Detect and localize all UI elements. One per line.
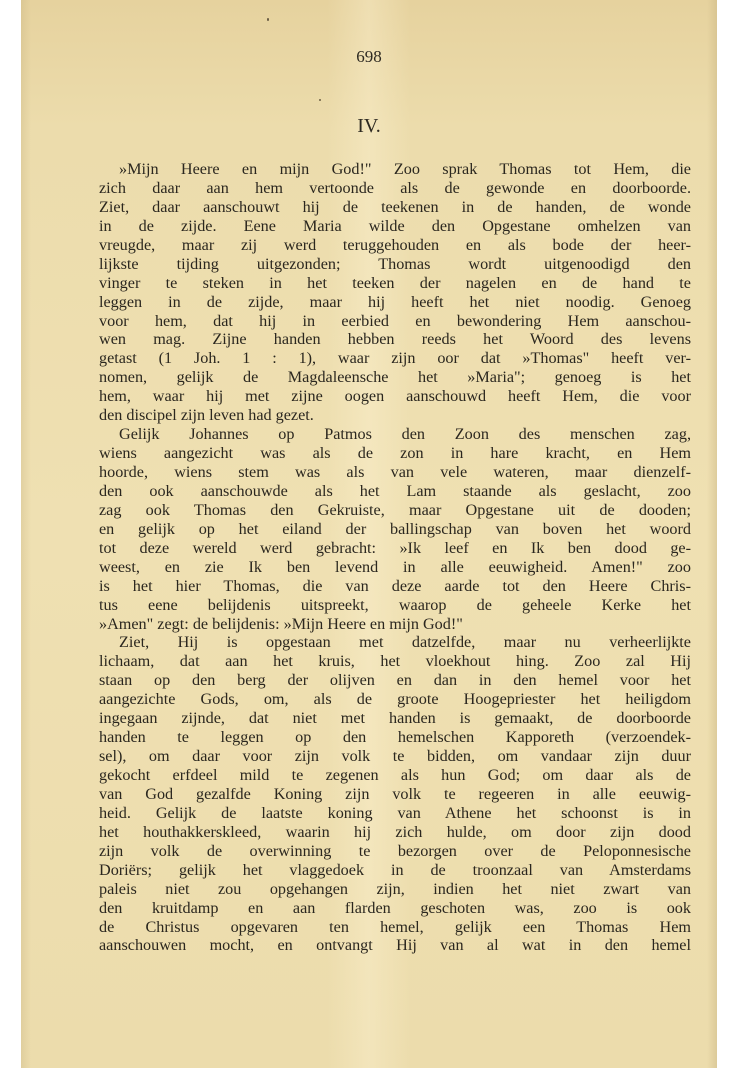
book-page: 698 IV. »Mijn Heere en mijn God!" Zoo sp… [21, 0, 717, 1068]
text-line: Gelijk Johannes op Patmos den Zoon des m… [99, 425, 691, 444]
page-edge-shadow-left [21, 0, 31, 1068]
text-line: Ziet, Hij is opgestaan met datzelfde, ma… [99, 633, 691, 652]
text-line: zag ook Thomas den Gekruiste, maar Opges… [99, 501, 691, 520]
text-line: hoorde, wiens stem was als van vele wate… [99, 463, 691, 482]
text-line: den discipel zijn leven had gezet. [99, 406, 691, 425]
body-text: »Mijn Heere en mijn God!" Zoo sprak Thom… [99, 160, 691, 955]
section-heading: IV. [21, 115, 717, 138]
text-line: sel), om daar voor zijn volk te bidden, … [99, 747, 691, 766]
text-line: den ook aanschouwde als het Lam staande … [99, 482, 691, 501]
text-line: zijn volk de overwinning te bezorgen ove… [99, 842, 691, 861]
text-line: den kruitdamp en aan flarden geschoten w… [99, 899, 691, 918]
text-line: is het hier Thomas, die van deze aarde t… [99, 577, 691, 596]
text-line: tus eene belijdenis uitspreekt, waarop d… [99, 596, 691, 615]
text-line: lichaam, dat aan het kruis, het vloekhou… [99, 652, 691, 671]
paper-speck [267, 18, 269, 21]
text-line: handen te leggen op den hemelschen Kappo… [99, 728, 691, 747]
text-line: Doriërs; gelijk het vlaggedoek in de tro… [99, 861, 691, 880]
text-line: »Mijn Heere en mijn God!" Zoo sprak Thom… [99, 160, 691, 179]
text-line: voor hem, dat hij in eerbied en bewonder… [99, 312, 691, 331]
text-line: van God gezalfde Koning zijn volk te reg… [99, 785, 691, 804]
text-line: paleis niet zou opgehangen zijn, indien … [99, 880, 691, 899]
text-line: staan op den berg der olijven en dan in … [99, 671, 691, 690]
text-line: nomen, gelijk de Magdaleensche het »Mari… [99, 368, 691, 387]
text-line: gekocht erfdeel mild te zegenen als hun … [99, 766, 691, 785]
text-line: aangezichte Gods, om, als de groote Hoog… [99, 690, 691, 709]
text-line: in de zijde. Eene Maria wilde den Opgest… [99, 217, 691, 236]
text-line: vinger te steken in het teeken der nagel… [99, 274, 691, 293]
text-line: de Christus opgevaren ten hemel, gelijk … [99, 918, 691, 937]
text-line: Ziet, daar aanschouwt hij de teekenen in… [99, 198, 691, 217]
text-line: tot deze wereld werd gebracht: »Ik leef … [99, 539, 691, 558]
text-line: leggen in de zijde, maar hij heeft het n… [99, 293, 691, 312]
text-line: getast (1 Joh. 1 : 1), waar zijn oor dat… [99, 349, 691, 368]
text-line: zich daar aan hem vertoonde als de gewon… [99, 179, 691, 198]
text-line: heid. Gelijk de laatste koning van Athen… [99, 804, 691, 823]
text-line: »Amen" zegt: de belijdenis: »Mijn Heere … [99, 615, 691, 634]
text-line: hem, waar hij met zijne oogen aanschouwd… [99, 387, 691, 406]
paper-speck [319, 99, 321, 101]
text-line: lijkste tijding uitgezonden; Thomas word… [99, 255, 691, 274]
text-line: weest, en zie Ik ben levend in alle eeuw… [99, 558, 691, 577]
text-line: ingegaan zijnde, dat niet met handen is … [99, 709, 691, 728]
page-number: 698 [21, 47, 717, 67]
text-line: vreugde, maar zij werd teruggehouden en … [99, 236, 691, 255]
text-line: en gelijk op het eiland der ballingschap… [99, 520, 691, 539]
page-edge-shadow-right [707, 0, 717, 1068]
text-line: wen mag. Zijne handen hebben reeds het W… [99, 330, 691, 349]
text-line: aanschouwen mocht, en ontvangt Hij van a… [99, 936, 691, 955]
text-line: wiens aangezicht was als de zon in hare … [99, 444, 691, 463]
text-line: het houthakkerskleed, waarin hij zich hu… [99, 823, 691, 842]
